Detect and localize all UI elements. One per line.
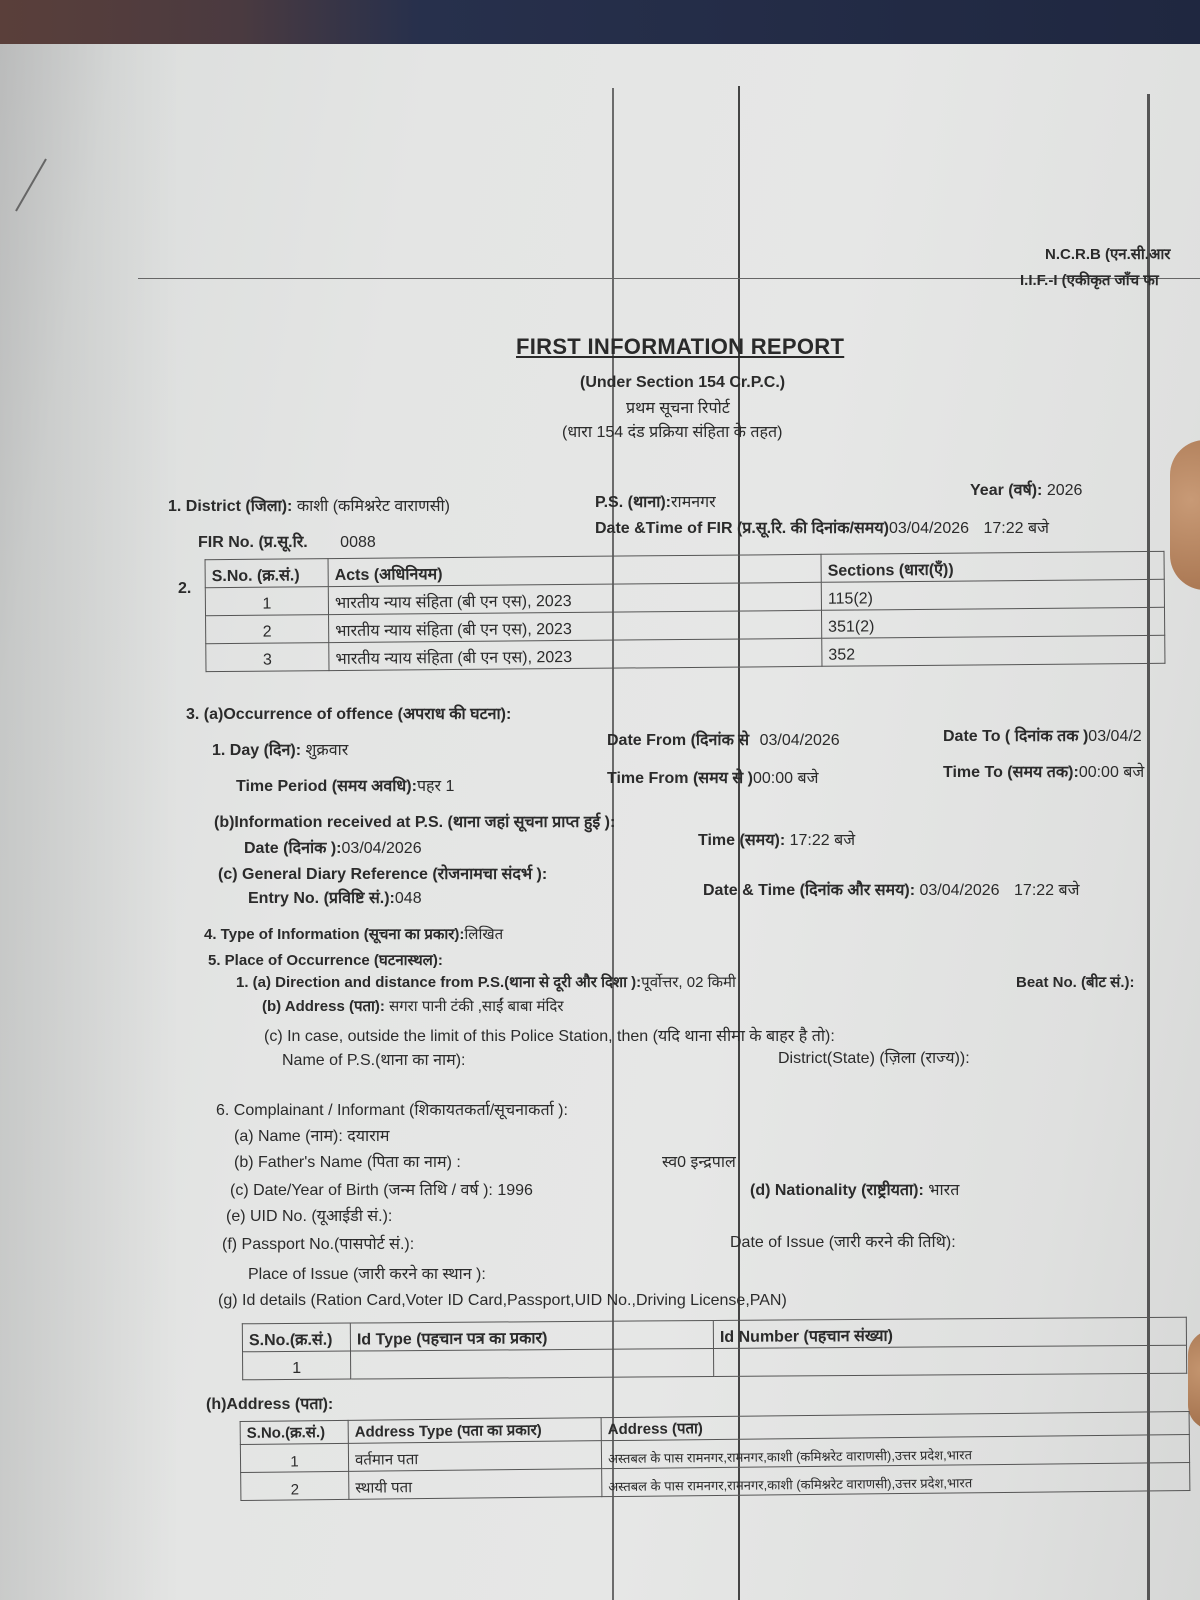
gd-datetime-field: Date & Time (दिनांक और समय): 03/04/2026 … [703,878,1080,900]
place-address-label: (b) Address (पता): [262,998,385,1015]
dob-label: (c) Date/Year of Birth (जन्म तिथि / वर्ष… [230,1182,493,1199]
row-section: 351(2) [821,607,1164,638]
issue-place-label: Place of Issue (जारी करने का स्थान ): [248,1262,486,1284]
info-date-value: 03/04/2026 [342,840,422,857]
finger [1170,440,1200,590]
day-field: 1. Day (दिन): शुक्रवार [212,738,348,760]
beat-no-label: Beat No. (बीट सं.): [1016,972,1134,992]
row-act: भारतीय न्याय संहिता (बी एन एस), 2023 [329,610,822,642]
info-received-heading: (b)Information received at P.S. (थाना जह… [214,810,615,832]
address-table: S.No.(क्र.सं.) Address Type (पता का प्रक… [240,1411,1191,1501]
date-to-field: Date To ( दिनांक तक )03/04/2 [943,724,1142,746]
header-address-type: Address Type (पता का प्रकार) [348,1418,601,1444]
direction-value: पूर्वोत्तर, 02 किमी [641,974,736,991]
nationality-label: (d) Nationality (राष्ट्रीयता): [750,1182,924,1199]
time-from-label: Time From (समय से ) [607,770,753,787]
info-date-field: Date (दिनांक ):03/04/2026 [244,836,422,858]
info-time-value: 17:22 बजे [790,832,856,849]
row-address-type: वर्तमान पता [348,1441,601,1472]
gd-reference-heading: (c) General Diary Reference (रोजनामचा सं… [218,862,547,884]
header-id-type: Id Type (पहचान पत्र का प्रकार) [350,1321,713,1352]
header-sno: S.No.(क्र.सं.) [242,1323,350,1352]
row-address-type: स्थायी पता [349,1469,602,1500]
fir-no-value: 0088 [340,534,376,551]
time-from-field: Time From (समय से )00:00 बजे [607,766,818,788]
district-state-label: District(State) (ज़िला (राज्य)): [778,1046,970,1068]
issue-date-label: Date of Issue (जारी करने की तिथि): [730,1230,956,1252]
address-heading: (h)Address (पता): [206,1392,333,1414]
info-type-label: 4. Type of Information (सूचना का प्रकार)… [204,926,464,943]
dob-value: 1996 [497,1182,533,1199]
name-field: (a) Name (नाम): दयाराम [234,1124,389,1146]
year-label: Year (वर्ष): [970,482,1042,499]
header-sections: Sections (धारा(एँ)) [821,551,1164,582]
row-sno: 2 [241,1471,349,1500]
place-address-value: सगरा पानी टंकी ,साईं बाबा मंदिर [389,998,563,1015]
ps-value: रामनगर [671,494,716,511]
row-id-type [351,1349,714,1380]
info-date-label: Date (दिनांक ): [244,840,342,857]
nationality-field: (d) Nationality (राष्ट्रीयता): भारत [750,1178,959,1200]
complainant-heading: 6. Complainant / Informant (शिकायतकर्ता/… [216,1098,568,1120]
time-to-label: Time To (समय तक): [943,764,1079,781]
id-details-table: S.No.(क्र.सं.) Id Type (पहचान पत्र का प्… [242,1317,1187,1381]
name-value: दयाराम [347,1128,389,1145]
time-period-value: पहर 1 [417,778,454,795]
nationality-value: भारत [928,1182,959,1199]
row-sno: 1 [240,1443,348,1472]
gd-datetime-label: Date & Time (दिनांक और समय): [703,882,915,899]
header-id-number: Id Number (पहचान संख्या) [713,1317,1186,1348]
fir-datetime-label: Date &Time of FIR (प्र.सू.रि. की दिनांक/… [595,520,889,537]
time-to-field: Time To (समय तक):00:00 बजे [943,760,1144,782]
time-period-field: Time Period (समय अवधि):पहर 1 [236,774,454,796]
fir-datetime-field: Date &Time of FIR (प्र.सू.रि. की दिनांक/… [595,516,1049,538]
info-time-label: Time (समय): [698,832,785,849]
ps-label: P.S. (थाना): [595,494,671,511]
ncrb-label: N.C.R.B (एन.सी.आर [1045,244,1170,264]
date-to-label: Date To ( दिनांक तक ) [943,728,1088,745]
row-sno: 1 [205,587,328,616]
day-label: 1. Day (दिन): [212,742,301,759]
header-sno: S.No. (क्र.सं.) [205,559,328,588]
time-period-label: Time Period (समय अवधि): [236,778,417,795]
day-value: शुक्रवार [306,742,349,759]
dob-field: (c) Date/Year of Birth (जन्म तिथि / वर्ष… [230,1178,533,1200]
occurrence-heading: 3. (a)Occurrence of offence (अपराध की घट… [186,702,511,724]
name-label: (a) Name (नाम): [234,1128,343,1145]
district-label: 1. District (जिला): [168,498,292,515]
acts-sections-table: S.No. (क्र.सं.) Acts (अधिनियम) Sections … [205,551,1166,672]
info-type-value: लिखित [464,926,503,943]
row-section: 352 [822,635,1165,666]
table-row: 1 [243,1345,1187,1380]
finger [1188,1330,1200,1430]
outside-limit-label: (c) In case, outside the limit of this P… [264,1024,835,1046]
entry-no-value: 048 [395,890,422,907]
entry-no-field: Entry No. (प्रविष्टि सं.):048 [248,886,422,908]
row-act: भारतीय न्याय संहिता (बी एन एस), 2023 [328,582,821,614]
time-to-value: 00:00 बजे [1079,764,1145,781]
row-act: भारतीय न्याय संहिता (बी एन एस), 2023 [329,638,822,670]
id-details-label: (g) Id details (Ration Card,Voter ID Car… [218,1292,787,1310]
row-sno: 3 [206,643,329,672]
place-heading: 5. Place of Occurrence (घटनास्थल): [208,950,443,970]
year-value: 2026 [1047,482,1083,499]
gd-date: 03/04/2026 [919,882,999,899]
date-from-field: Date From (दिनांक से 03/04/2026 [607,728,840,750]
direction-field: 1. (a) Direction and distance from P.S.(… [236,972,736,992]
fir-no-field: FIR No. (प्र.सू.रि. 0088 [198,530,376,552]
date-from-label: Date From (दिनांक से [607,732,749,749]
section-2-number: 2. [178,580,191,598]
year-field: Year (वर्ष): 2026 [970,478,1082,500]
district-field: 1. District (जिला): काशी (कमिश्नरेट वारा… [168,494,450,516]
row-sno: 2 [206,615,329,644]
date-from-value: 03/04/2026 [760,732,840,749]
uid-label: (e) UID No. (यूआईडी सं.): [226,1204,392,1226]
subtitle-hi-2: (धारा 154 दंड प्रक्रिया संहिता के तहत) [562,420,782,442]
row-section: 115(2) [821,579,1164,610]
fir-time: 17:22 बजे [983,520,1049,537]
header-sno: S.No.(क्र.सं.) [240,1420,348,1444]
date-to-value: 03/04/2 [1088,728,1141,745]
document-title: FIRST INFORMATION REPORT [516,334,844,360]
passport-label: (f) Passport No.(पासपोर्ट सं.): [222,1232,414,1254]
row-id-number [714,1345,1187,1376]
time-from-value: 00:00 बजे [753,770,819,787]
father-name-value: स्व0 इन्द्रपाल [662,1150,736,1172]
ps-name-label: Name of P.S.(थाना का नाम): [282,1048,466,1070]
info-time-field: Time (समय): 17:22 बजे [698,828,855,850]
subtitle-hi: प्रथम सूचना रिपोर्ट [626,396,730,418]
fold-line [1147,94,1150,1600]
direction-label: 1. (a) Direction and distance from P.S.(… [236,974,641,991]
father-name-label: (b) Father's Name (पिता का नाम) : [234,1150,461,1172]
row-sno: 1 [243,1351,351,1380]
gd-time: 17:22 बजे [1014,882,1080,899]
district-value: काशी (कमिश्नरेट वाराणसी) [297,498,450,515]
subtitle-en: (Under Section 154 Cr.P.C.) [580,374,785,392]
iif-label: I.I.F.-I (एकीकृत जाँच फा [1020,270,1159,290]
fir-date: 03/04/2026 [889,520,969,537]
place-address-field: (b) Address (पता): सगरा पानी टंकी ,साईं … [262,996,564,1016]
header-acts: Acts (अधिनियम) [328,554,821,586]
info-type-field: 4. Type of Information (सूचना का प्रकार)… [204,924,503,944]
row-address: अस्तबल के पास रामनगर,रामनगर,काशी (कमिश्न… [602,1463,1190,1497]
fir-no-label: FIR No. (प्र.सू.रि. [198,534,308,551]
ps-field: P.S. (थाना):रामनगर [595,490,716,512]
entry-no-label: Entry No. (प्रविष्टि सं.): [248,890,395,907]
